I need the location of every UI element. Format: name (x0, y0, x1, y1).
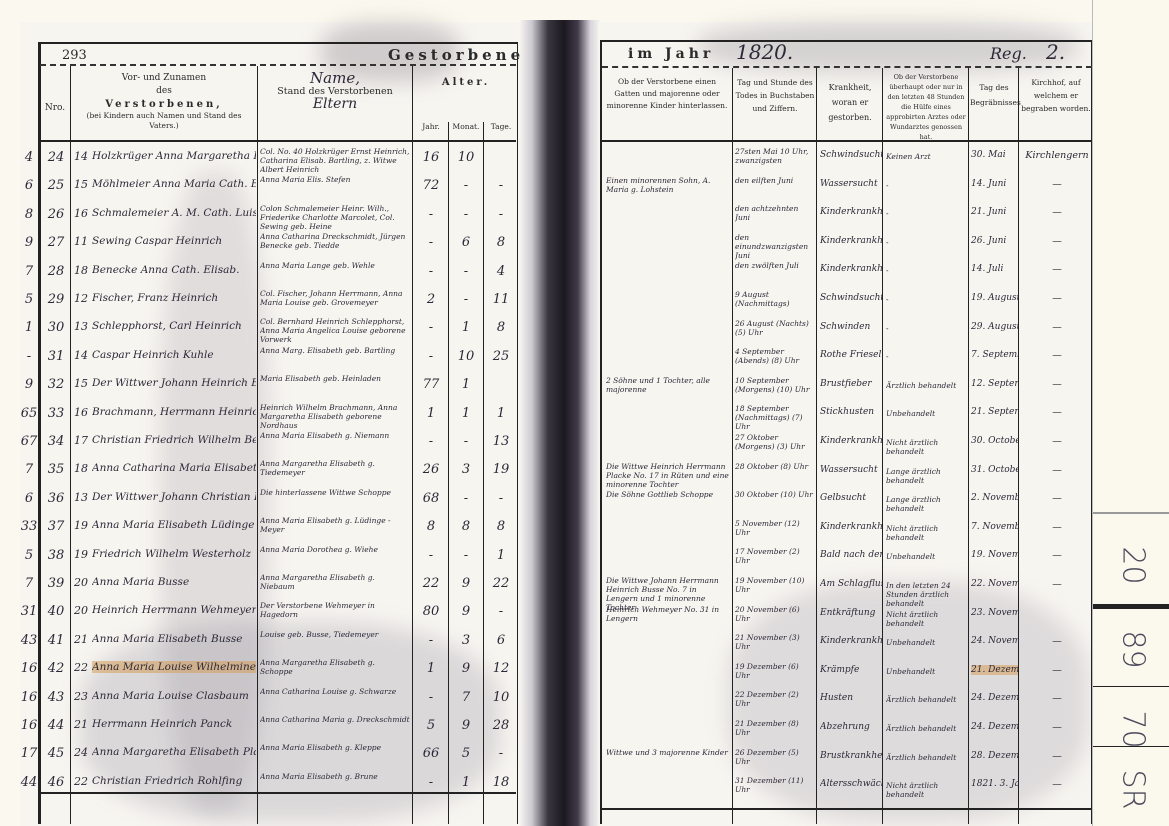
margin-count: 67 (20, 434, 38, 449)
age-days: - (484, 746, 518, 761)
deceased-name: Anna Maria Busse (92, 576, 256, 588)
death-date-time: 21 Dezember (8) Uhr (735, 719, 815, 737)
medical-care: Keinen Arzt (886, 152, 968, 161)
death-date-time: 22 Dezember (2) Uhr (735, 690, 815, 708)
age-days: 12 (484, 661, 518, 676)
age-months: 7 (449, 690, 483, 705)
cause-of-death: Stickhusten (820, 407, 882, 417)
entry-number: 34 (42, 434, 70, 449)
death-date-time: 27 Oktober (Morgens) (3) Uhr (735, 433, 815, 451)
age-months: 10 (449, 349, 483, 364)
burial-date: 21. September (971, 407, 1018, 417)
death-date-time: 28 Oktober (8) Uhr (735, 462, 815, 471)
sub-number: 21 (74, 718, 90, 731)
death-date-time: den einundzwanzigsten Juni (735, 233, 815, 260)
age-months: 9 (449, 661, 483, 676)
header-monat: Monat. (449, 120, 483, 133)
entry-number: 40 (42, 604, 70, 619)
sub-number: 14 (74, 349, 90, 362)
margin-count: 9 (20, 235, 38, 250)
burial-date: 19. August (971, 293, 1018, 303)
sub-number: 18 (74, 462, 90, 475)
status-parents: Anna Maria Elis. Stefen (260, 175, 410, 184)
cause-of-death: Wassersucht (820, 465, 882, 475)
register-row: -3114Caspar Heinrich KuhleAnna Marg. Eli… (20, 345, 520, 371)
entry-number: 38 (42, 548, 70, 563)
status-parents: Anna Maria Elisabeth g. Lüdinge - Meyer (260, 516, 410, 534)
strip-divider (1093, 512, 1169, 514)
strip-divider (1093, 746, 1169, 747)
burial-date: 7. September (971, 350, 1018, 360)
margin-count: 1 (20, 320, 38, 335)
status-parents: Heinrich Wilhelm Brachmann, Anna Margare… (260, 403, 410, 430)
entry-number: 24 (42, 150, 70, 165)
age-months: 9 (449, 576, 483, 591)
register-row: 52912Fischer, Franz HeinrichCol. Fischer… (20, 288, 520, 314)
dashed-rule (40, 64, 516, 66)
cause-of-death: Kinderkrankheit (820, 436, 882, 446)
status-parents: Anna Maria Lange geb. Wehle (260, 261, 410, 270)
strip-divider (1093, 604, 1169, 609)
age-months: - (449, 434, 483, 449)
entry-number: 45 (42, 746, 70, 761)
entry-number: 25 (42, 178, 70, 193)
deceased-name: Anna Margaretha Elisabeth Placke (92, 746, 256, 758)
deceased-name: Schmalemeier A. M. Cath. Luise (92, 207, 256, 219)
cemetery: Kirchlengern (1022, 150, 1092, 161)
status-parents: Col. Fischer, Johann Herrmann, Anna Mari… (260, 289, 410, 307)
age-months: 1 (449, 775, 483, 790)
age-months: - (449, 491, 483, 506)
deceased-name: Der Wittwer Johann Heinrich Ernst Wester… (92, 377, 256, 389)
cause-of-death: Brustfieber (820, 379, 882, 389)
status-parents: Colon Schmalemeier Heinr. Wilh., Frieder… (260, 204, 410, 231)
age-days: 18 (484, 775, 518, 790)
deceased-name: Benecke Anna Cath. Elisab. (92, 264, 256, 276)
sub-number: 15 (74, 377, 90, 390)
age-years: 68 (414, 491, 448, 506)
age-days: - (484, 207, 518, 222)
margin-count: 7 (20, 576, 38, 591)
burial-date: 23. Novemb. (971, 608, 1018, 618)
medical-care: - (886, 181, 968, 190)
register-row: 63613Der Wittwer Johann Christian Friedr… (20, 487, 520, 513)
cemetery: — (1022, 751, 1092, 762)
margin-count: 5 (20, 548, 38, 563)
margin-count: 8 (20, 207, 38, 222)
sub-number: 13 (74, 320, 90, 333)
age-years: 8 (414, 519, 448, 534)
register-row: 22 Dezember (2) UhrHustenÄrztlich behand… (598, 689, 1094, 715)
burial-date: 12. September (971, 379, 1018, 389)
deceased-name: Anna Maria Louise Wilhelmine Hemeyer (92, 661, 256, 673)
age-months: 3 (449, 633, 483, 648)
register-row: 4 September (Abends) (8) UhrRothe Friese… (598, 346, 1094, 372)
death-date-time: 17 November (2) Uhr (735, 547, 815, 565)
age-years: - (414, 434, 448, 449)
register-row: 314020Heinrich Herrmann WehmeyerDer Vers… (20, 600, 520, 626)
death-date-time: 20 November (6) Uhr (735, 605, 815, 623)
margin-count: 16 (20, 690, 38, 705)
medical-care: Ärztlich behandelt (886, 724, 968, 733)
burial-date: 24. Dezember (971, 722, 1018, 732)
death-date-time: 31 Dezember (11) Uhr (735, 776, 815, 794)
register-row: 164421Herrmann Heinrich PanckAnna Cathar… (20, 714, 520, 740)
deceased-name: Herrmann Heinrich Panck (92, 718, 256, 730)
header-burial-day: Tag des Begräbnisses (970, 80, 1018, 110)
status-parents: Anna Marg. Elisabeth geb. Bartling (260, 346, 410, 355)
cause-of-death: Schwindsucht (820, 293, 882, 303)
margin-count: 9 (20, 377, 38, 392)
age-years: - (414, 548, 448, 563)
register-row: 62515Möhlmeier Anna Maria Cath. Elisabet… (20, 174, 520, 200)
register-row: 5 November (12) UhrKinderkrankheitNicht … (598, 518, 1094, 544)
margin-count: 33 (20, 519, 38, 534)
burial-date: 14. Juli (971, 264, 1018, 274)
deceased-name: Fischer, Franz Heinrich (92, 292, 256, 304)
age-days: 6 (484, 633, 518, 648)
status-parents: Die hinterlassene Wittwe Schoppe (260, 488, 410, 497)
age-years: - (414, 235, 448, 250)
medical-care: - (886, 352, 968, 361)
page-number: 293 (62, 48, 87, 63)
medical-care: Ärztlich behandelt (886, 381, 968, 390)
age-years: 72 (414, 178, 448, 193)
cemetery: — (1022, 436, 1092, 447)
surviving-family: Die Söhne Gottlieb Schoppe (606, 490, 730, 499)
margin-count: 6 (20, 491, 38, 506)
medical-care: Nicht ärztlich behandelt (886, 610, 968, 628)
deceased-name: Holzkrüger Anna Margaretha Elisabeth (92, 150, 256, 162)
cemetery: — (1022, 379, 1092, 390)
book-gutter-shadow (520, 20, 600, 826)
death-date-time: 9 August (Nachmittags) (735, 290, 815, 308)
deceased-name: Anna Maria Elisabeth Busse (92, 633, 256, 645)
cemetery: — (1022, 522, 1092, 533)
death-date-time: 26 Dezember (5) Uhr (735, 748, 815, 766)
age-years: - (414, 320, 448, 335)
surviving-family: Wittwe und 3 majorenne Kinder (606, 748, 730, 757)
sub-number: 14 (74, 150, 90, 163)
register-row: 653316Brachmann, Herrmann HeinrichHeinri… (20, 402, 520, 428)
burial-date: 19. November (971, 550, 1018, 560)
age-months: 1 (449, 320, 483, 335)
medical-care: - (886, 238, 968, 247)
margin-count: 5 (20, 292, 38, 307)
register-row: 93215Der Wittwer Johann Heinrich Ernst W… (20, 373, 520, 399)
cemetery: — (1022, 350, 1092, 361)
margin-count: 6 (20, 178, 38, 193)
right-page: im Jahr 1820. Reg. 2. Ob der Verstorbene… (598, 22, 1098, 826)
age-years: - (414, 207, 448, 222)
age-years: 22 (414, 576, 448, 591)
entry-number: 35 (42, 462, 70, 477)
entry-number: 36 (42, 491, 70, 506)
death-date-time: 5 November (12) Uhr (735, 519, 815, 537)
status-parents: Anna Margaretha Elisabeth g. Schoppe (260, 658, 410, 676)
deceased-name: Christian Friedrich Rohlfing (92, 775, 256, 787)
register-row: 19 Dezember (6) UhrKrämpfeUnbehandelt21.… (598, 661, 1094, 687)
burial-date: 7. November (971, 522, 1018, 532)
status-parents: Col. Bernhard Heinrich Schlepphorst, Ann… (260, 317, 410, 344)
sub-number: 24 (74, 746, 90, 759)
header-doctor: Ob der Verstorbene überhaupt oder nur in… (884, 72, 968, 142)
register-row: den achtzehnten JuniKinderkrankheit-21. … (598, 203, 1094, 229)
status-parents: Anna Maria Elisabeth g. Brune (260, 772, 410, 781)
entry-number: 27 (42, 235, 70, 250)
entry-number: 44 (42, 718, 70, 733)
register-row: 444622Christian Friedrich RohlfingAnna M… (20, 771, 520, 797)
entry-number: 30 (42, 320, 70, 335)
cause-of-death: Schwinden (820, 322, 882, 332)
burial-date: 31. October (971, 465, 1018, 475)
cemetery: — (1022, 407, 1092, 418)
deceased-name: Sewing Caspar Heinrich (92, 235, 256, 247)
cemetery: — (1022, 207, 1092, 218)
death-date-time: 18 September (Nachmittags) (7) Uhr (735, 404, 815, 431)
cause-of-death: Kinderkrankheit (820, 636, 882, 646)
age-months: 8 (449, 519, 483, 534)
medical-care: Unbehandelt (886, 409, 968, 418)
age-days: 19 (484, 462, 518, 477)
age-years: 2 (414, 292, 448, 307)
strip-number-3: 70 (1116, 700, 1151, 760)
status-parents: Col. No. 40 Holzkrüger Ernst Heinrich, C… (260, 147, 410, 174)
margin-count: 31 (20, 604, 38, 619)
sub-number: 20 (74, 604, 90, 617)
sub-number: 23 (74, 690, 90, 703)
death-date-time: 26 August (Nachts) (5) Uhr (735, 319, 815, 337)
age-years: 16 (414, 150, 448, 165)
register-row: Die Wittwe Heinrich Herrmann Placke No. … (598, 461, 1094, 487)
age-days: 11 (484, 292, 518, 307)
cemetery: — (1022, 465, 1092, 476)
sub-number: 12 (74, 292, 90, 305)
sub-number: 13 (74, 491, 90, 504)
entry-number: 32 (42, 377, 70, 392)
death-date-time: den zwölften Juli (735, 261, 815, 270)
age-months: 5 (449, 746, 483, 761)
margin-count: 17 (20, 746, 38, 761)
status-parents: Anna Catharina Louise g. Schwarze (260, 687, 410, 696)
deceased-name: Brachmann, Herrmann Heinrich (92, 406, 256, 418)
cause-of-death: Altersschwäche (820, 779, 882, 789)
death-date-time: 19 November (10) Uhr (735, 576, 815, 594)
register-row: 82616Schmalemeier A. M. Cath. LuiseColon… (20, 203, 520, 229)
burial-date: 1821. 3. Januar (971, 779, 1018, 789)
register-row: 31 Dezember (11) UhrAltersschwächeNicht … (598, 775, 1094, 801)
header-name-line1: Vor- und Zunamen (72, 72, 256, 85)
margin-count: 65 (20, 406, 38, 421)
deceased-name: Anna Maria Louise Clasbaum (92, 690, 256, 702)
medical-care: - (886, 266, 968, 275)
age-months: 10 (449, 150, 483, 165)
medical-care: Unbehandelt (886, 638, 968, 647)
left-page: 293 Gestorbene Nro. Vor- und Zunamen des… (20, 22, 525, 826)
header-name-line2: des (72, 85, 256, 98)
margin-count: 7 (20, 264, 38, 279)
entry-number: 28 (42, 264, 70, 279)
register-row: 434121Anna Maria Elisabeth BusseLouise g… (20, 629, 520, 655)
status-parents: Louise geb. Busse, Tiedemeyer (260, 630, 410, 639)
header-alter: Alter. (414, 76, 518, 89)
archive-margin-strip: 20 89 70 SR (1092, 0, 1169, 826)
age-years: 1 (414, 661, 448, 676)
sub-number: 21 (74, 633, 90, 646)
burial-date: 24. Dezember (971, 693, 1018, 703)
register-row: 53819Friedrich Wilhelm WesterholzAnna Ma… (20, 544, 520, 570)
year-value: 1820. (736, 40, 793, 64)
register-row: 174524Anna Margaretha Elisabeth PlackeAn… (20, 742, 520, 768)
status-parents: Der Verstorbene Wehmeyer in Hagedorn (260, 601, 410, 619)
register-row: 72818Benecke Anna Cath. Elisab.Anna Mari… (20, 260, 520, 286)
register-row: 92711Sewing Caspar HeinrichAnna Catharin… (20, 231, 520, 257)
age-years: 66 (414, 746, 448, 761)
sub-number: 17 (74, 434, 90, 447)
age-months: 3 (449, 462, 483, 477)
register-row: 333719Anna Maria Elisabeth Lüdinge - Mey… (20, 515, 520, 541)
cemetery: — (1022, 293, 1092, 304)
strip-divider (1093, 686, 1169, 687)
cause-of-death: Entkräftung (820, 608, 882, 618)
margin-count: 4 (20, 150, 38, 165)
age-years: - (414, 349, 448, 364)
age-years: - (414, 775, 448, 790)
burial-date: 14. Juni (971, 179, 1018, 189)
entry-number: 31 (42, 349, 70, 364)
header-name-line3: Verstorbenen, (72, 98, 256, 111)
entry-number: 39 (42, 576, 70, 591)
sub-number: 19 (74, 519, 90, 532)
status-parents: Maria Elisabeth geb. Heinladen (260, 374, 410, 383)
age-days: 1 (484, 548, 518, 563)
death-date-time: den achtzehnten Juni (735, 204, 815, 222)
entry-number: 46 (42, 775, 70, 790)
year-label: im Jahr (628, 46, 714, 62)
register-row: Wittwe und 3 majorenne Kinder26 Dezember… (598, 747, 1094, 773)
age-days: - (484, 491, 518, 506)
death-date-time: 4 September (Abends) (8) Uhr (735, 347, 815, 365)
register-row: Die Söhne Gottlieb Schoppe30 Oktober (10… (598, 489, 1094, 515)
heading-gestorbene: Gestorbene (388, 46, 524, 64)
register-row: 2 Söhne und 1 Tochter, alle majorenne10 … (598, 375, 1094, 401)
age-months: 1 (449, 406, 483, 421)
age-years: - (414, 264, 448, 279)
header-name-line4: (bei Kindern auch Namen und Stand des Va… (72, 111, 256, 131)
age-months: - (449, 207, 483, 222)
cause-of-death: Bald nach der Geburt gestorben (820, 550, 882, 560)
header-rule (40, 140, 516, 142)
sub-number: 15 (74, 178, 90, 191)
age-days: 4 (484, 264, 518, 279)
age-years: 5 (414, 718, 448, 733)
status-parents: Anna Maria Dorothea g. Wiehe (260, 545, 410, 554)
header-illness: Krankheit, woran er gestorben. (818, 80, 882, 125)
burial-date: 21. Juni (971, 207, 1018, 217)
entry-number: 42 (42, 661, 70, 676)
deceased-name: Christian Friedrich Wilhelm Bergmann (92, 434, 256, 446)
entry-number: 37 (42, 519, 70, 534)
margin-count: 44 (20, 775, 38, 790)
cause-of-death: Rothe Friesel (820, 350, 882, 360)
death-date-time: 21 November (3) Uhr (735, 633, 815, 651)
header-death-time: Tag und Stunde des Todes in Buchstaben u… (734, 76, 816, 115)
age-days: - (484, 178, 518, 193)
header-tage: Tage. (484, 120, 518, 133)
deceased-name: Friedrich Wilhelm Westerholz (92, 548, 256, 560)
surviving-family: Einen minorennen Sohn, A. Maria g. Lohst… (606, 176, 730, 194)
register-row: Die Wittwe Johann Herrmann Heinrich Buss… (598, 575, 1094, 601)
header-jahr: Jahr. (414, 120, 448, 133)
cause-of-death: Kinderkrankheit (820, 207, 882, 217)
cause-of-death: Wassersucht (820, 179, 882, 189)
register-row: 42414Holzkrüger Anna Margaretha Elisabet… (20, 146, 520, 172)
register-row: 27sten Mai 10 Uhr, zwanzigstenSchwindsuc… (598, 146, 1094, 172)
sub-number: 16 (74, 207, 90, 220)
deceased-name: Caspar Heinrich Kuhle (92, 349, 256, 361)
age-months: - (449, 178, 483, 193)
cemetery: — (1022, 322, 1092, 333)
death-date-time: 10 September (Morgens) (10) Uhr (735, 376, 815, 394)
cause-of-death: Krämpfe (820, 665, 882, 675)
age-years: 26 (414, 462, 448, 477)
burial-date: 2. November (971, 493, 1018, 503)
footer-rule (602, 808, 1092, 810)
death-date-time: 27sten Mai 10 Uhr, zwanzigsten (735, 147, 815, 165)
age-days: 8 (484, 320, 518, 335)
register-row: 21 November (3) UhrKinderkrankheitUnbeha… (598, 632, 1094, 658)
age-days: 25 (484, 349, 518, 364)
medical-care: Unbehandelt (886, 552, 968, 561)
entry-number: 33 (42, 406, 70, 421)
status-parents: Anna Margaretha Elisabeth g. Niebaum (260, 573, 410, 591)
medical-care: - (886, 324, 968, 333)
strip-number-2: 89 (1116, 620, 1151, 680)
cause-of-death: Husten (820, 693, 882, 703)
header-cemetery: Kirchhof, auf welchem er begraben worden… (1020, 76, 1092, 115)
register-row: 26 August (Nachts) (5) UhrSchwinden-29. … (598, 318, 1094, 344)
margin-count: 16 (20, 661, 38, 676)
cemetery: — (1022, 779, 1092, 790)
cause-of-death: Brustkrankheit (820, 751, 882, 761)
cemetery: — (1022, 179, 1092, 190)
burial-date: 26. Juni (971, 236, 1018, 246)
deceased-name: Möhlmeier Anna Maria Cath. Elisabeth (92, 178, 256, 190)
burial-date: 28. Dezember (971, 751, 1018, 761)
age-days: 1 (484, 406, 518, 421)
age-days: 10 (484, 690, 518, 705)
register-row: 13013Schlepphorst, Carl HeinrichCol. Ber… (20, 316, 520, 342)
entry-number: 26 (42, 207, 70, 222)
register-row: 27 Oktober (Morgens) (3) UhrKinderkrankh… (598, 432, 1094, 458)
burial-date: 29. August (971, 322, 1018, 332)
age-days: 13 (484, 434, 518, 449)
status-parents: Anna Catharina Maria g. Dreckschmidt (260, 715, 410, 724)
age-months: 6 (449, 235, 483, 250)
sub-number: 18 (74, 264, 90, 277)
entry-number: 29 (42, 292, 70, 307)
age-days: 22 (484, 576, 518, 591)
cause-of-death: Kinderkrankheit (820, 236, 882, 246)
deceased-name: Der Wittwer Johann Christian Friedrich S… (92, 491, 256, 503)
burial-date: 30. Mai (971, 150, 1018, 160)
cemetery: — (1022, 665, 1092, 676)
register-row: 18 September (Nachmittags) (7) UhrStickh… (598, 403, 1094, 429)
age-years: 80 (414, 604, 448, 619)
strip-number-1: 20 (1116, 536, 1151, 596)
age-years: - (414, 633, 448, 648)
cause-of-death: Am Schlagflusse (820, 579, 882, 589)
